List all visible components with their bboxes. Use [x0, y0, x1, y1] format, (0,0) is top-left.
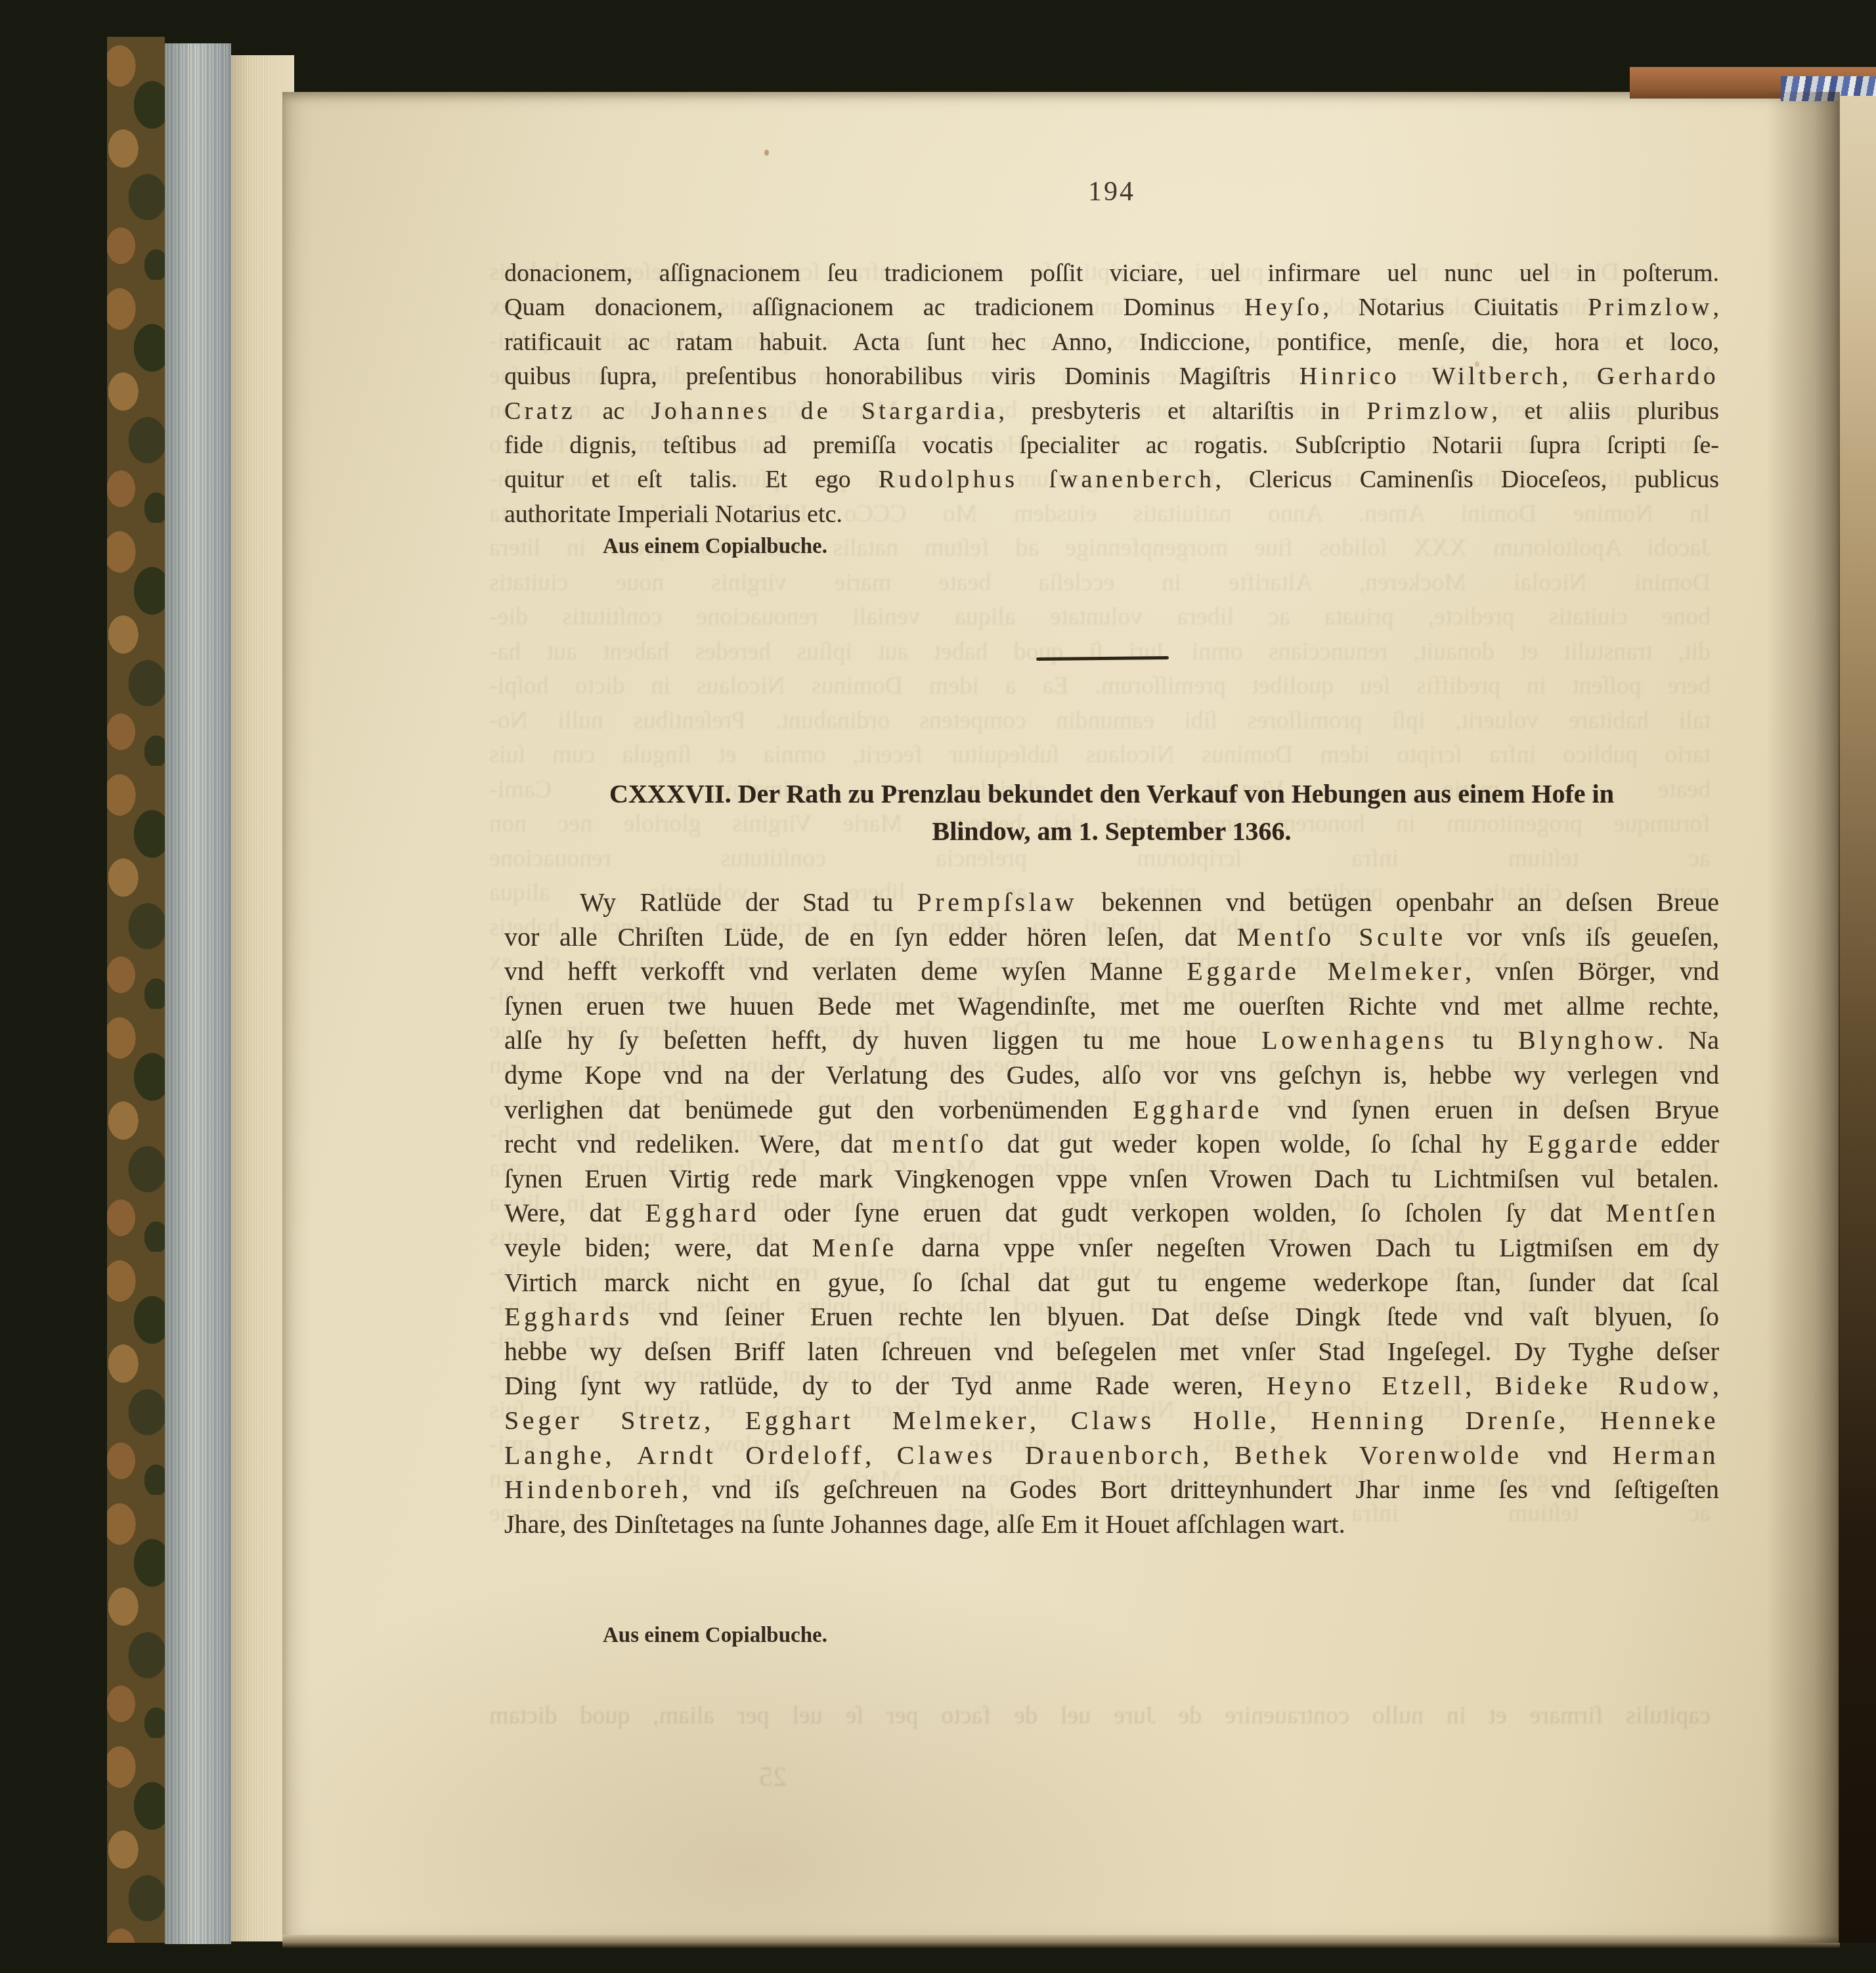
charter-heading: CXXXVII. Der Rath zu Prenzlau bekundet d…: [471, 775, 1752, 850]
latin-notarial-paragraph: donacionem, aſſignacionem ſeu tradicione…: [504, 256, 1719, 531]
source-attribution-top: Aus einem Copialbuche.: [603, 535, 827, 559]
marbled-board-edge: [107, 37, 165, 1943]
book-scan: neutis Dioceſeos, In mei notarii publici…: [0, 0, 1876, 1973]
page-number: 194: [504, 176, 1719, 208]
page-bottom-edge: [282, 1935, 1840, 1948]
page-block-fore-edge: [165, 43, 231, 1944]
charter-body-text: Wy Ratlüde der Stad tu Prempſslaw bekenn…: [504, 885, 1719, 1541]
foxing-speck: [1475, 361, 1479, 367]
foxing-speck: [764, 150, 769, 156]
gutter-next-page: [1839, 96, 1876, 1943]
source-attribution-bottom: Aus einem Copialbuche.: [603, 1624, 827, 1648]
bleedthrough-sheet-number: 25: [708, 1762, 787, 1793]
